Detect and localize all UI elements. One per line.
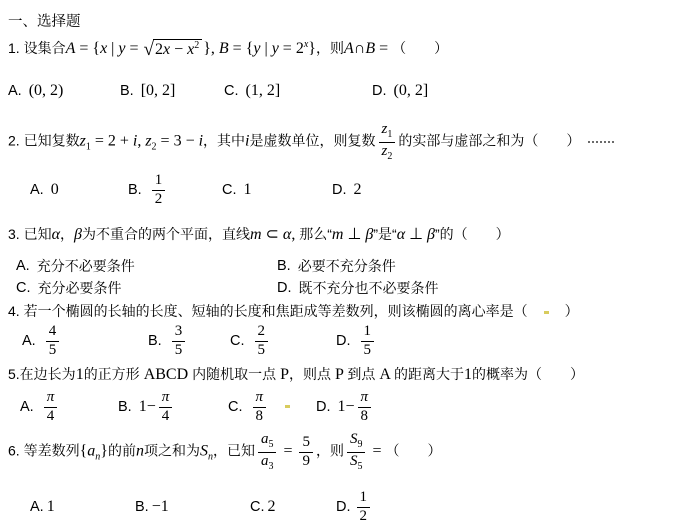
math-run: 3 [268, 461, 273, 472]
option-value: 1−π8 [338, 390, 375, 425]
fraction: 45 [46, 324, 60, 359]
numerator: 5 [299, 435, 313, 453]
question-4-option-b: B.35 [148, 320, 188, 362]
option-label: C. [16, 280, 31, 296]
denominator: 4 [162, 408, 170, 425]
denominator: 8 [256, 408, 264, 425]
option-value: (0, 2) [29, 82, 64, 100]
question-2-options: A.0 B.12 C.1 D.2 [0, 170, 677, 210]
question-4-stem: 4. 若一个椭圆的长轴的长度、短轴的长度和焦距成等差数列，则该椭圆的离心率是（ … [8, 301, 579, 321]
option-label: C. [230, 333, 245, 349]
math-run: } [100, 443, 108, 460]
fraction: 12 [357, 490, 371, 525]
math-run: 5 [49, 342, 57, 358]
math-variable: π [361, 389, 369, 405]
text-run: ”是“ [373, 226, 396, 242]
math-run: ∩ [354, 40, 366, 57]
text-run: 那么“ [295, 226, 332, 242]
math-run: (0, 2] [394, 82, 429, 100]
denominator: 5 [49, 342, 57, 359]
question-4-options: A.45 B.35 C.25 D.15 [0, 320, 677, 362]
text-run: 6. 等差数列 [8, 443, 80, 459]
question-3-stem: 3. 已知α，β为不重合的两个平面，直线m ⊂ α, 那么“m ⊥ β”是“α … [8, 224, 510, 244]
math-run: 5 [357, 461, 362, 472]
text-run: 为不重合的两个平面，直线 [82, 226, 250, 242]
text-run: 是虚数单位，则复数 [250, 133, 376, 149]
denominator: 8 [361, 408, 369, 425]
question-4-option-c: C.25 [230, 320, 271, 362]
math-run: 2 [258, 323, 266, 339]
math-run: ⊥ [343, 226, 365, 243]
text-run: 5.在边长为 [8, 366, 76, 382]
option-value: (0, 2] [394, 82, 429, 100]
math-run: 2 [155, 41, 163, 58]
option-label: A. [8, 83, 22, 99]
option-label: D. [336, 499, 351, 515]
question-5-option-d: D.1−π8 [316, 386, 374, 428]
math-variable: m [332, 226, 344, 243]
math-run: 1− [338, 398, 355, 416]
math-run: 8 [256, 408, 264, 424]
option-value: (1, 2] [246, 82, 281, 100]
option-value: 充分不必要条件 [37, 256, 135, 276]
question-1-option-c: C.(1, 2] [224, 79, 280, 103]
math-run: 1 [76, 366, 84, 383]
math-run: [0, 2] [141, 82, 176, 100]
math-run: 1 [244, 181, 252, 199]
text-run: ，已知 [213, 443, 255, 459]
option-value: 1 [47, 498, 55, 516]
fraction: π8 [358, 390, 372, 425]
math-variable: π [256, 389, 264, 405]
math-run: A [375, 366, 394, 383]
math-run: 2 [155, 191, 163, 207]
math-variable: π [162, 389, 170, 405]
fraction: S9S5 [347, 432, 366, 472]
fraction: π4 [159, 390, 173, 425]
math-variable: m [250, 226, 262, 243]
numerator: 1 [357, 490, 371, 508]
denominator: 2 [155, 191, 163, 208]
text-run: 内随机取一点 [192, 366, 276, 382]
math-run: P [331, 366, 347, 383]
fraction: 25 [255, 324, 269, 359]
question-3-option-b: B.必要不充分条件 [277, 256, 396, 276]
text-run: ） [551, 303, 579, 319]
numerator: π [358, 390, 372, 408]
question-3-option-d: D.既不充分也不必要条件 [277, 278, 439, 298]
denominator: S5 [350, 453, 363, 473]
numerator: π [253, 390, 267, 408]
question-1-option-d: D.(0, 2] [372, 79, 428, 103]
math-run: −1 [152, 498, 169, 516]
math-variable: α [397, 226, 405, 243]
option-label: B. [148, 333, 162, 349]
question-5-option-b: B.1−π4 [118, 386, 175, 428]
question-6-option-b: B.−1 [135, 486, 169, 528]
option-label: C. [224, 83, 239, 99]
denominator: 2 [360, 508, 368, 525]
math-run: | [107, 40, 118, 57]
text-run: 充分必要条件 [38, 278, 122, 298]
subscript: 1 [387, 129, 392, 140]
option-value: 必要不充分条件 [298, 256, 396, 276]
option-label: D. [332, 182, 347, 198]
question-2-option-d: D.2 [332, 170, 362, 210]
text-run: 既不充分也不必要条件 [299, 278, 439, 298]
numerator: 1 [152, 173, 166, 191]
math-run: 8 [361, 408, 369, 424]
option-label: C. [222, 182, 237, 198]
numerator: 1 [361, 324, 375, 342]
question-3-options-row-2: C.充分必要条件 D.既不充分也不必要条件 [0, 278, 677, 298]
math-run: ⊥ [405, 226, 427, 243]
math-run: } [308, 40, 316, 57]
math-run: 2 [354, 181, 362, 199]
question-1-option-b: B.[0, 2] [120, 79, 175, 103]
option-value: 2 [268, 498, 276, 516]
denominator: 9 [302, 453, 310, 470]
question-4-option-a: A.45 [22, 320, 62, 362]
math-run: 2 [360, 508, 368, 524]
numerator: π [159, 390, 173, 408]
option-label: B. [118, 399, 132, 415]
option-value: 12 [354, 490, 374, 525]
denominator: 4 [47, 408, 55, 425]
option-value: 15 [358, 324, 378, 359]
fraction: z1z2 [379, 122, 396, 162]
math-variable: B [219, 40, 229, 57]
math-run: 0 [51, 181, 59, 199]
math-run: 1 [464, 366, 472, 383]
text-run: 到点 [347, 366, 375, 382]
math-run: = [368, 443, 385, 460]
question-6-option-c: C.2 [250, 486, 276, 528]
question-2-option-b: B.12 [128, 170, 168, 210]
option-value: 1 [244, 181, 252, 199]
option-value: 0 [51, 181, 59, 199]
option-label: A. [22, 333, 36, 349]
math-run: (1, 2] [246, 82, 281, 100]
math-variable: S [200, 443, 208, 460]
math-run: 4 [49, 323, 57, 339]
question-5-stem: 5.在边长为1的正方形 ABCD 内随机取一点 P，则点 P 到点 A 的距离大… [8, 364, 584, 384]
option-value: 25 [252, 324, 272, 359]
stray-dot-mark [544, 311, 549, 314]
math-run: 9 [357, 439, 362, 450]
math-run: − [170, 41, 187, 58]
math-run: P [276, 366, 289, 383]
math-run: 1 [387, 129, 392, 140]
option-label: D. [316, 399, 331, 415]
option-label: A. [30, 499, 44, 515]
question-5-options: A.π4 B.1−π4 C.π8 D.1−π8 [0, 386, 677, 428]
option-label: B. [135, 499, 149, 515]
question-6-options: A.1 B.−1 C.2 D.12 [0, 486, 677, 528]
option-label: C. [250, 499, 265, 515]
text-run: 的距离大于 [394, 366, 464, 382]
math-run: 2 [194, 40, 199, 51]
fraction: 59 [299, 435, 313, 470]
dotted-underline-mark [588, 141, 614, 143]
math-run: ABCD [140, 366, 192, 383]
math-variable: β [427, 226, 435, 243]
question-3-option-c: C.充分必要条件 [16, 278, 122, 298]
option-label: B. [277, 258, 291, 274]
option-value: 充分必要条件 [38, 278, 122, 298]
worksheet: { "page": { "background": "#ffffff", "te… [0, 0, 677, 530]
question-1-stem: 1. 设集合A = {x | y = √2x − x2}, B = {y | y… [8, 38, 448, 59]
text-run: ，则点 [289, 366, 331, 382]
math-run: 3 [175, 323, 183, 339]
math-run: = 2 + [91, 133, 133, 150]
text-run: （ ） [392, 40, 448, 56]
math-run: 1 [364, 323, 372, 339]
math-run: = 2 [279, 40, 304, 57]
question-1-options: A.(0, 2) B.[0, 2] C.(1, 2] D.(0, 2] [0, 79, 677, 103]
question-6-option-d: D.12 [336, 486, 373, 528]
option-label: B. [120, 83, 134, 99]
text-run: 的前 [108, 443, 136, 459]
math-run: 5 [302, 434, 310, 450]
text-run: （ ） [386, 443, 442, 459]
radicand: 2x − x2 [153, 39, 202, 59]
option-label: A. [20, 399, 34, 415]
fraction: a5a3 [258, 432, 277, 472]
option-value: π8 [250, 390, 270, 425]
math-run: 5 [175, 342, 183, 358]
math-variable: β [74, 226, 82, 243]
math-variable: π [47, 389, 55, 405]
text-run: 项之和为 [144, 443, 200, 459]
math-run: = [125, 40, 142, 57]
option-label: A. [30, 182, 44, 198]
option-value: 12 [149, 173, 169, 208]
option-value: [0, 2] [141, 82, 176, 100]
math-run: 2 [387, 151, 392, 162]
math-variable: y [272, 40, 279, 57]
option-value: 35 [169, 324, 189, 359]
text-run: 3. 已知 [8, 226, 52, 242]
math-run: 1 [155, 172, 163, 188]
fraction: π8 [253, 390, 267, 425]
question-2-option-a: A.0 [30, 170, 59, 210]
math-run: 5 [268, 439, 273, 450]
fraction: 15 [361, 324, 375, 359]
math-run: }, [203, 40, 219, 57]
math-variable: A [344, 40, 354, 57]
text-run: 的正方形 [84, 366, 140, 382]
math-run: 5 [364, 342, 372, 358]
math-run: = 3 − [157, 133, 199, 150]
subscript: 9 [357, 439, 362, 450]
numerator: π [44, 390, 58, 408]
option-value: 既不充分也不必要条件 [299, 278, 439, 298]
denominator: 5 [364, 342, 372, 359]
text-run: ”的（ ） [435, 226, 510, 242]
subscript: 5 [268, 439, 273, 450]
question-6-option-a: A.1 [30, 486, 55, 528]
math-run: 4 [162, 408, 170, 424]
subscript: 3 [268, 461, 273, 472]
math-run: 4 [47, 408, 55, 424]
math-variable: n [136, 443, 144, 460]
text-run: ，则 [316, 443, 344, 459]
text-run: 2. 已知复数 [8, 133, 80, 149]
math-run: | [260, 40, 271, 57]
math-run: = [279, 443, 296, 460]
option-value: 2 [354, 181, 362, 199]
question-2-option-c: C.1 [222, 170, 252, 210]
option-value: π4 [41, 390, 61, 425]
numerator: a5 [258, 432, 277, 453]
question-1-option-a: A.(0, 2) [8, 79, 63, 103]
question-6-stem: 6. 等差数列{an}的前n项之和为Sn，已知a5a3 = 59，则S9S5 =… [8, 432, 442, 472]
question-5-option-a: A.π4 [20, 386, 60, 428]
math-run: = { [229, 40, 254, 57]
math-run: (0, 2) [29, 82, 64, 100]
numerator: 4 [46, 324, 60, 342]
text-run: ， [60, 226, 74, 242]
text-run: ，则 [316, 40, 344, 56]
text-run: 的实部与虚部之和为（ ） [398, 133, 580, 149]
math-variable: α [52, 226, 60, 243]
text-run: 4. 若一个椭圆的长轴的长度、短轴的长度和焦距成等差数列，则该椭圆的离心率是（ [8, 303, 542, 319]
denominator: a3 [261, 453, 274, 473]
option-value: 1−π4 [139, 390, 176, 425]
option-label: B. [128, 182, 142, 198]
question-3-options-row-1: A.充分不必要条件 B.必要不充分条件 [0, 256, 677, 276]
text-run: 必要不充分条件 [298, 256, 396, 276]
option-value: 45 [43, 324, 63, 359]
math-run: = [375, 40, 392, 57]
math-run: ⊂ [262, 226, 283, 243]
denominator: z2 [382, 143, 393, 163]
question-5-option-c: C.π8 [228, 386, 269, 428]
math-run: 2 [268, 498, 276, 516]
option-label: A. [16, 258, 30, 274]
math-run: 5 [258, 342, 266, 358]
question-4-option-d: D.15 [336, 320, 377, 362]
numerator: 3 [172, 324, 186, 342]
math-run: 9 [302, 453, 310, 469]
option-label: D. [336, 333, 351, 349]
fraction: 12 [152, 173, 166, 208]
math-variable: B [365, 40, 375, 57]
math-run: 1− [139, 398, 156, 416]
numerator: 2 [255, 324, 269, 342]
text-run: 充分不必要条件 [37, 256, 135, 276]
fraction: 35 [172, 324, 186, 359]
denominator: 5 [175, 342, 183, 359]
subscript: 5 [357, 461, 362, 472]
question-3-option-a: A.充分不必要条件 [16, 256, 135, 276]
math-run: 1 [360, 489, 368, 505]
square-root: √2x − x2 [144, 39, 203, 59]
subscript: 2 [387, 151, 392, 162]
option-value: −1 [152, 498, 169, 516]
superscript: 2 [194, 40, 199, 51]
numerator: S9 [347, 432, 366, 453]
numerator: z1 [379, 122, 396, 143]
text-run: ，其中 [203, 133, 245, 149]
option-label: D. [277, 280, 292, 296]
option-label: D. [372, 83, 387, 99]
math-variable: x [163, 41, 170, 58]
text-run: 1. 设集合 [8, 40, 66, 56]
stray-dot-mark [285, 405, 290, 408]
fraction: π4 [44, 390, 58, 425]
option-label: C. [228, 399, 243, 415]
text-run: 的概率为（ ） [472, 366, 584, 382]
question-2-stem: 2. 已知复数z1 = 2 + i, z2 = 3 − i，其中i是虚数单位，则… [8, 122, 614, 162]
denominator: 5 [258, 342, 266, 359]
math-variable: A [66, 40, 76, 57]
section-heading: 一、选择题 [8, 10, 81, 31]
math-run: = { [75, 40, 100, 57]
math-run: 1 [47, 498, 55, 516]
